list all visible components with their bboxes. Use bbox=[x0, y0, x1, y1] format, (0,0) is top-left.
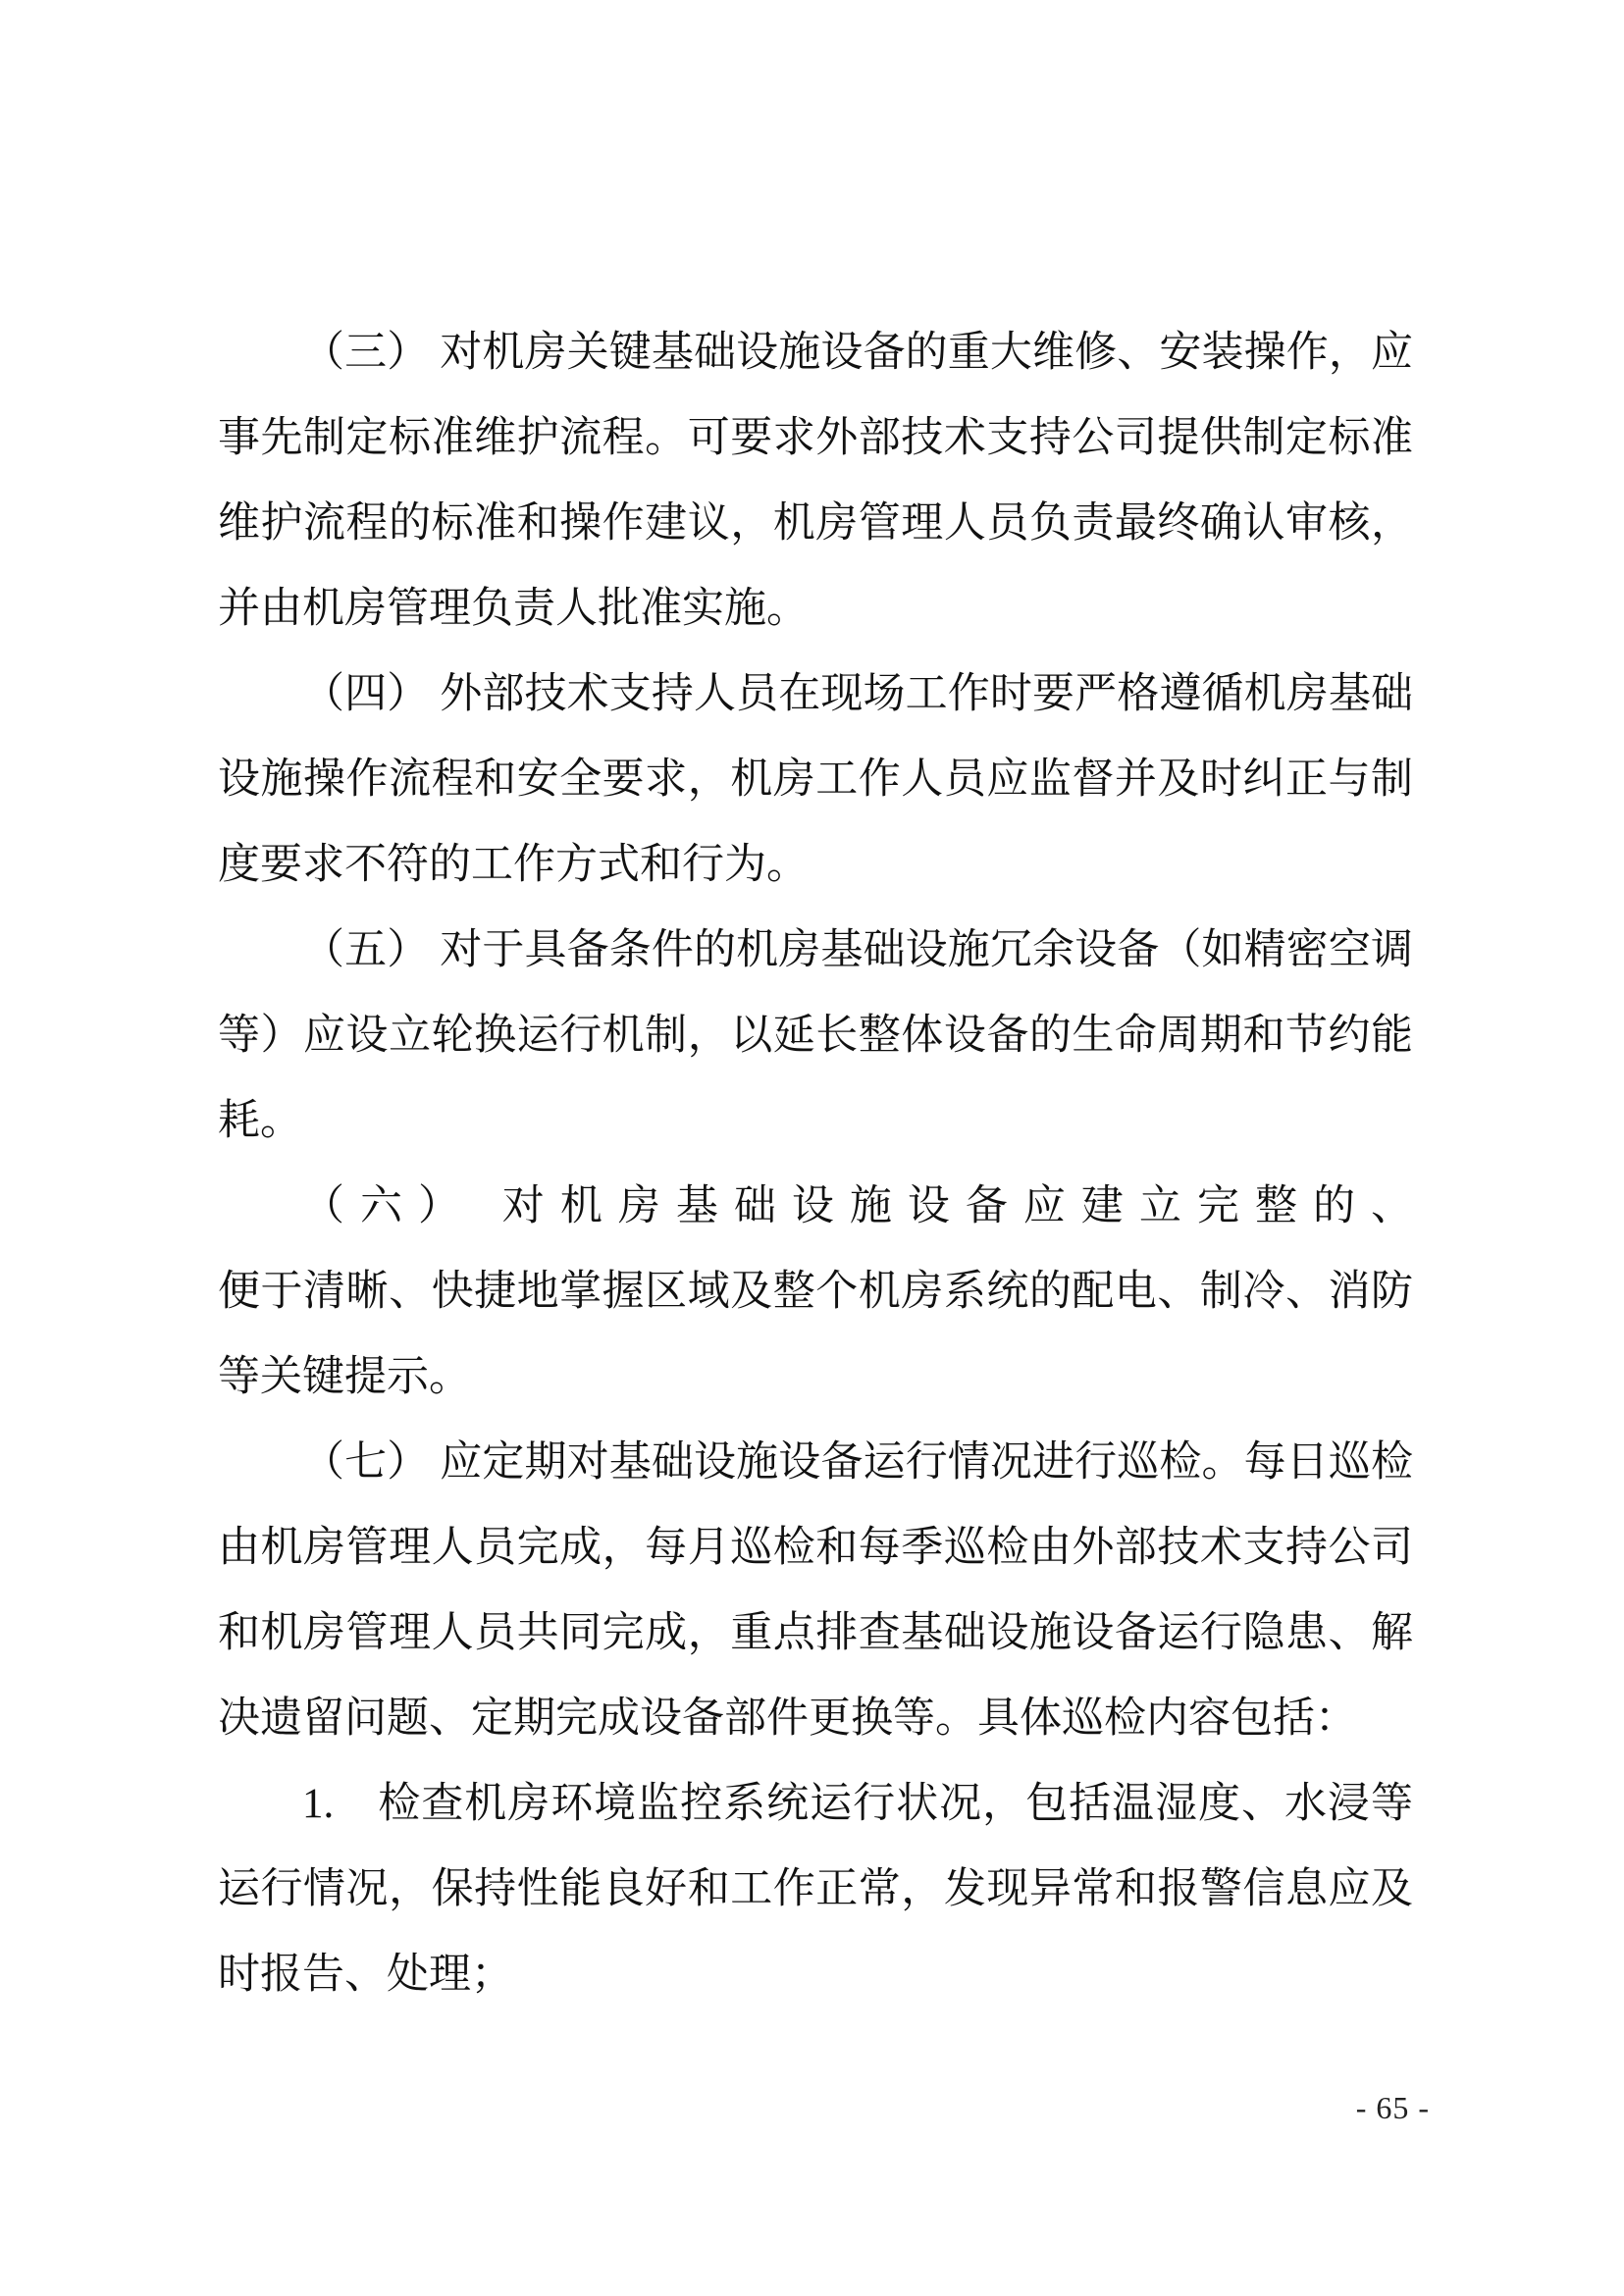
text-line: 等关键提示。 bbox=[218, 1334, 1413, 1420]
text-line: 1. 检查机房环境监控系统运行状况，包括温湿度、水浸等 bbox=[218, 1761, 1413, 1847]
document-page: （三） 对机房关键基础设施设备的重大维修、安装操作，应 事先制定标准维护流程。可… bbox=[0, 0, 1624, 2296]
text-line: 和机房管理人员共同完成，重点排查基础设施设备运行隐患、解 bbox=[218, 1591, 1413, 1676]
text-line: 并由机房管理负责人批准实施。 bbox=[218, 566, 1413, 652]
text-line: 运行情况，保持性能良好和工作正常，发现异常和报警信息应及 bbox=[218, 1847, 1413, 1932]
text-block: （三） 对机房关键基础设施设备的重大维修、安装操作，应 事先制定标准维护流程。可… bbox=[218, 310, 1413, 2017]
page-number: - 65 - bbox=[1356, 2088, 1430, 2127]
text-line: （六） 对机房基础设施设备应建立完整的、清晰的标签标识， bbox=[218, 1164, 1413, 1249]
text-line: 维护流程的标准和操作建议，机房管理人员负责最终确认审核， bbox=[218, 481, 1413, 566]
text-line: 便于清晰、快捷地掌握区域及整个机房系统的配电、制冷、消防 bbox=[218, 1249, 1413, 1334]
text-line: 耗。 bbox=[218, 1078, 1413, 1164]
text-line: 决遗留问题、定期完成设备部件更换等。具体巡检内容包括： bbox=[218, 1676, 1413, 1761]
text-line: （五） 对于具备条件的机房基础设施冗余设备（如精密空调 bbox=[218, 908, 1413, 993]
text-line: 设施操作流程和安全要求，机房工作人员应监督并及时纠正与制 bbox=[218, 737, 1413, 822]
text-line: 事先制定标准维护流程。可要求外部技术支持公司提供制定标准 bbox=[218, 395, 1413, 481]
text-line: （七） 应定期对基础设施设备运行情况进行巡检。每日巡检 bbox=[218, 1420, 1413, 1505]
text-line: （四） 外部技术支持人员在现场工作时要严格遵循机房基础 bbox=[218, 652, 1413, 737]
text-line: （三） 对机房关键基础设施设备的重大维修、安装操作，应 bbox=[218, 310, 1413, 395]
text-line: 时报告、处理； bbox=[218, 1932, 1413, 2017]
text-line: 由机房管理人员完成，每月巡检和每季巡检由外部技术支持公司 bbox=[218, 1505, 1413, 1591]
text-line: 等）应设立轮换运行机制，以延长整体设备的生命周期和节约能 bbox=[218, 993, 1413, 1078]
text-line: 度要求不符的工作方式和行为。 bbox=[218, 822, 1413, 908]
